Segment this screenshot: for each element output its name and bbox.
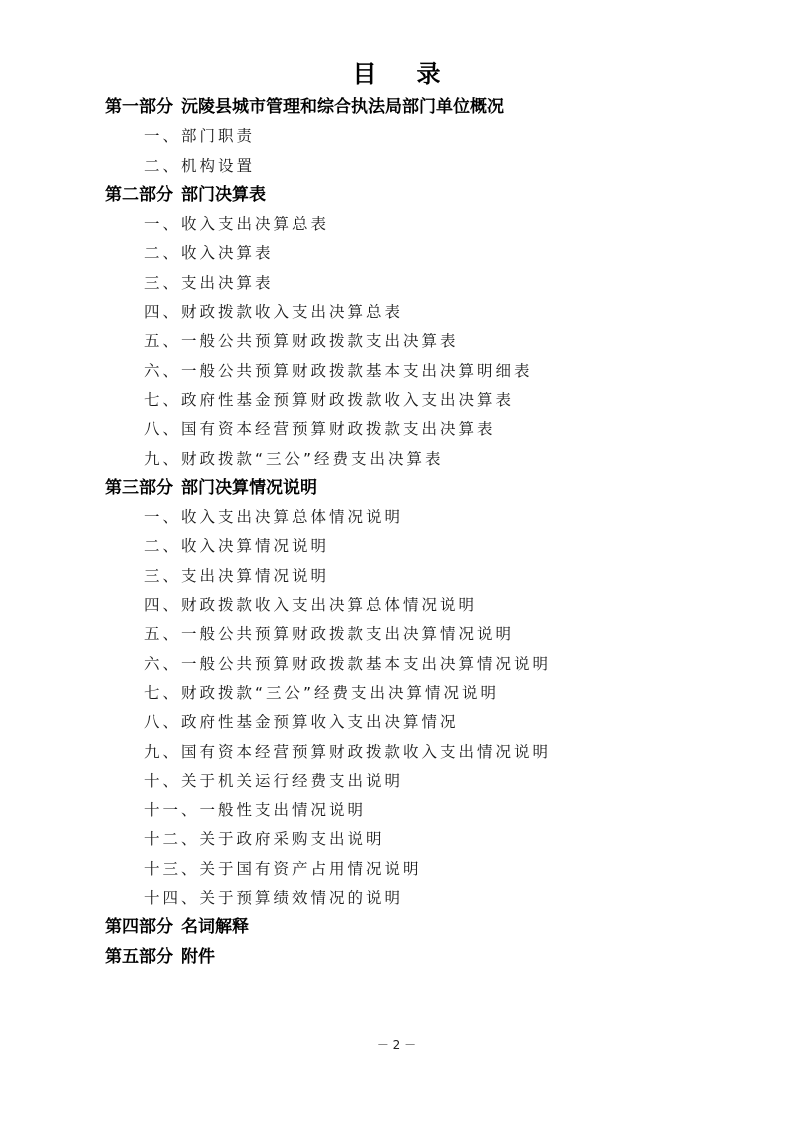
toc-item[interactable]: 十一、一般性支出情况说明 xyxy=(105,796,705,825)
part-title: 名词解释 xyxy=(181,917,249,937)
part-number: 第四部分 xyxy=(105,917,173,937)
toc-item[interactable]: 二、收入决算表 xyxy=(105,239,705,268)
table-of-contents: 第一部分沅陵县城市管理和综合执法局部门单位概况一、部门职责二、机构设置第二部分部… xyxy=(105,93,705,972)
part-title: 附件 xyxy=(181,947,215,967)
toc-item[interactable]: 九、国有资本经营预算财政拨款收入支出情况说明 xyxy=(105,738,705,767)
part-number: 第二部分 xyxy=(105,185,173,205)
toc-part-heading[interactable]: 第五部分附件 xyxy=(105,943,705,972)
toc-item[interactable]: 一、部门职责 xyxy=(105,122,705,151)
toc-item[interactable]: 二、收入决算情况说明 xyxy=(105,532,705,561)
toc-part-heading[interactable]: 第四部分名词解释 xyxy=(105,913,705,942)
toc-item[interactable]: 一、收入支出决算总表 xyxy=(105,210,705,239)
toc-item[interactable]: 一、收入支出决算总体情况说明 xyxy=(105,503,705,532)
toc-item[interactable]: 八、国有资本经营预算财政拨款支出决算表 xyxy=(105,415,705,444)
part-title: 部门决算情况说明 xyxy=(181,478,317,498)
toc-item[interactable]: 六、一般公共预算财政拨款基本支出决算明细表 xyxy=(105,357,705,386)
page-number: － 2 － xyxy=(0,1036,793,1053)
toc-item[interactable]: 十二、关于政府采购支出说明 xyxy=(105,825,705,854)
toc-item[interactable]: 五、一般公共预算财政拨款支出决算表 xyxy=(105,327,705,356)
toc-part-heading[interactable]: 第一部分沅陵县城市管理和综合执法局部门单位概况 xyxy=(105,93,705,122)
toc-item[interactable]: 八、政府性基金预算收入支出决算情况 xyxy=(105,708,705,737)
toc-item[interactable]: 六、一般公共预算财政拨款基本支出决算情况说明 xyxy=(105,650,705,679)
toc-part-heading[interactable]: 第二部分部门决算表 xyxy=(105,181,705,210)
title-char-2: 录 xyxy=(417,54,441,89)
toc-item[interactable]: 四、财政拨款收入支出决算总体情况说明 xyxy=(105,591,705,620)
toc-item[interactable]: 五、一般公共预算财政拨款支出决算情况说明 xyxy=(105,620,705,649)
title-char-1: 目 xyxy=(353,54,377,89)
part-number: 第三部分 xyxy=(105,478,173,498)
part-title: 沅陵县城市管理和综合执法局部门单位概况 xyxy=(181,97,504,117)
part-title: 部门决算表 xyxy=(181,185,266,205)
toc-part-heading[interactable]: 第三部分部门决算情况说明 xyxy=(105,474,705,503)
toc-item[interactable]: 三、支出决算表 xyxy=(105,269,705,298)
toc-item[interactable]: 九、财政拨款“三公”经费支出决算表 xyxy=(105,445,705,474)
toc-item[interactable]: 七、财政拨款“三公”经费支出决算情况说明 xyxy=(105,679,705,708)
page-title: 目录 xyxy=(0,54,793,89)
toc-item[interactable]: 十三、关于国有资产占用情况说明 xyxy=(105,855,705,884)
part-number: 第一部分 xyxy=(105,97,173,117)
toc-item[interactable]: 七、政府性基金预算财政拨款收入支出决算表 xyxy=(105,386,705,415)
toc-item[interactable]: 十四、关于预算绩效情况的说明 xyxy=(105,884,705,913)
toc-item[interactable]: 四、财政拨款收入支出决算总表 xyxy=(105,298,705,327)
part-number: 第五部分 xyxy=(105,947,173,967)
toc-item[interactable]: 二、机构设置 xyxy=(105,152,705,181)
toc-item[interactable]: 三、支出决算情况说明 xyxy=(105,562,705,591)
toc-item[interactable]: 十、关于机关运行经费支出说明 xyxy=(105,767,705,796)
